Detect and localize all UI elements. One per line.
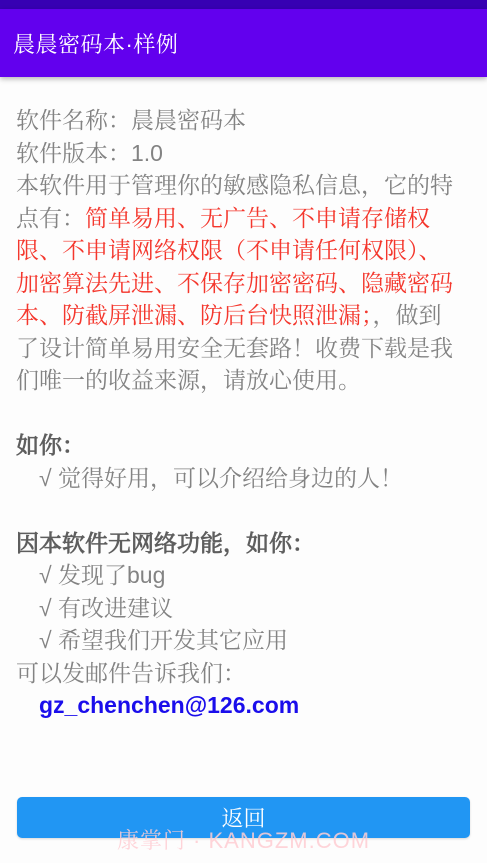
blank-line xyxy=(16,494,471,527)
email-link[interactable]: gz_chenchen@126.com xyxy=(39,692,299,718)
text-line: 了设计简单易用安全无套路！收费下载是我 xyxy=(16,332,471,365)
about-text: 软件名称：晨晨密码本软件版本：1.0本软件用于管理你的敏感隐私信息，它的特点有：… xyxy=(0,77,487,722)
text-line: 软件版本：1.0 xyxy=(16,137,471,170)
text-line: 本软件用于管理你的敏感隐私信息，它的特 xyxy=(16,169,471,202)
back-button[interactable]: 返回 xyxy=(17,797,470,838)
text-segment: 可以发邮件告诉我们： xyxy=(16,660,246,686)
text-segment: 因本软件无网络功能，如你： xyxy=(16,530,315,556)
app-screen: 晨晨密码本·样例 软件名称：晨晨密码本软件版本：1.0本软件用于管理你的敏感隐私… xyxy=(0,0,487,863)
text-line: 本、防截屏泄漏、防后台快照泄漏；，做到 xyxy=(16,299,471,332)
text-segment: 如你： xyxy=(16,432,85,458)
text-segment: √ 发现了bug xyxy=(16,562,165,588)
text-segment: 了设计简单易用安全无套路！收费下载是我 xyxy=(16,335,453,361)
text-segment: 本、防截屏泄漏、防后台快照泄漏； xyxy=(16,302,373,328)
text-segment: 点有： xyxy=(16,205,85,231)
text-line: √ 觉得好用，可以介绍给身边的人！ xyxy=(16,462,471,495)
text-line: 如你： xyxy=(16,429,471,462)
text-segment: 本软件用于管理你的敏感隐私信息，它的特 xyxy=(16,172,453,198)
app-bar: 晨晨密码本·样例 xyxy=(0,9,487,77)
text-line: √ 希望我们开发其它应用 xyxy=(16,624,471,657)
text-segment: 限、不申请网络权限（不申请任何权限）、 xyxy=(16,237,442,263)
text-segment: √ 希望我们开发其它应用 xyxy=(16,627,288,653)
text-segment: √ 觉得好用，可以介绍给身边的人！ xyxy=(16,465,403,491)
status-bar xyxy=(0,0,487,9)
text-line: 因本软件无网络功能，如你： xyxy=(16,527,471,560)
text-segment xyxy=(16,692,39,718)
text-line: √ 发现了bug xyxy=(16,559,471,592)
text-segment: 加密算法先进、不保存加密密码、隐藏密码 xyxy=(16,270,453,296)
text-line: √ 有改进建议 xyxy=(16,592,471,625)
text-line: 可以发邮件告诉我们： xyxy=(16,657,471,690)
text-segment: ，做到 xyxy=(373,302,442,328)
text-line: 软件名称：晨晨密码本 xyxy=(16,104,471,137)
text-line: 限、不申请网络权限（不申请任何权限）、 xyxy=(16,234,471,267)
text-segment: 简单易用、无广告、不申请存储权 xyxy=(85,205,430,231)
page-title: 晨晨密码本·样例 xyxy=(13,28,178,59)
text-line: 们唯一的收益来源，请放心使用。 xyxy=(16,364,471,397)
blank-line xyxy=(16,397,471,430)
text-line: 点有：简单易用、无广告、不申请存储权 xyxy=(16,202,471,235)
text-segment: 软件名称：晨晨密码本 xyxy=(16,107,246,133)
text-segment: 软件版本：1.0 xyxy=(16,140,163,166)
text-segment: √ 有改进建议 xyxy=(16,595,173,621)
text-line: gz_chenchen@126.com xyxy=(16,689,471,722)
text-segment: 们唯一的收益来源，请放心使用。 xyxy=(16,367,361,393)
text-line: 加密算法先进、不保存加密密码、隐藏密码 xyxy=(16,267,471,300)
